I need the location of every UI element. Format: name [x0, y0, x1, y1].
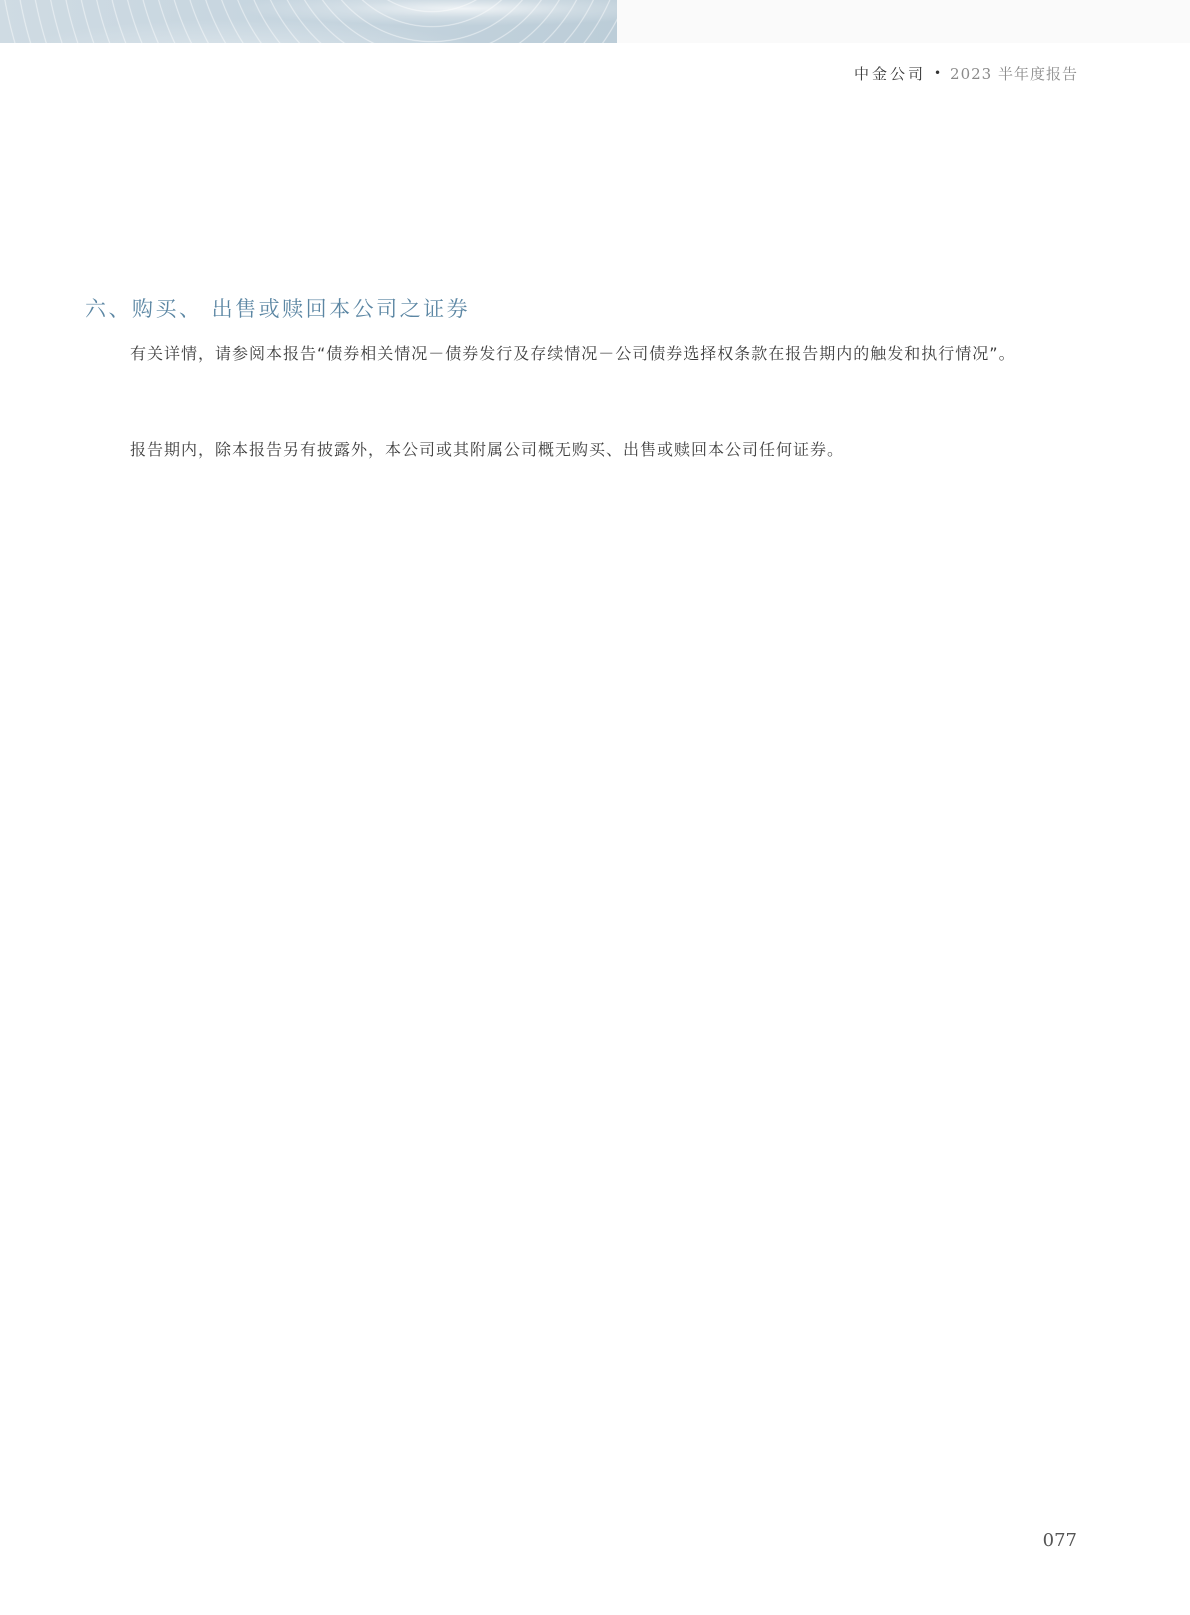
company-name: 中金公司	[854, 65, 926, 83]
paragraph-no-repurchase: 报告期内，除本报告另有披露外，本公司或其附属公司概无购买、出售或赎回本公司任何证…	[130, 434, 1080, 465]
separator-dot: •	[934, 66, 942, 80]
decorative-wave-banner	[0, 0, 617, 43]
section-title: 六、购买、 出售或赎回本公司之证券	[85, 293, 470, 323]
running-header: 中金公司•2023 半年度报告	[854, 63, 1078, 84]
paragraph-details-reference: 有关详情，请参阅本报告“债券相关情况－债券发行及存续情况－公司债券选择权条款在报…	[130, 338, 1080, 369]
report-title: 2023 半年度报告	[950, 65, 1078, 83]
page-number: 077	[1043, 1530, 1077, 1551]
